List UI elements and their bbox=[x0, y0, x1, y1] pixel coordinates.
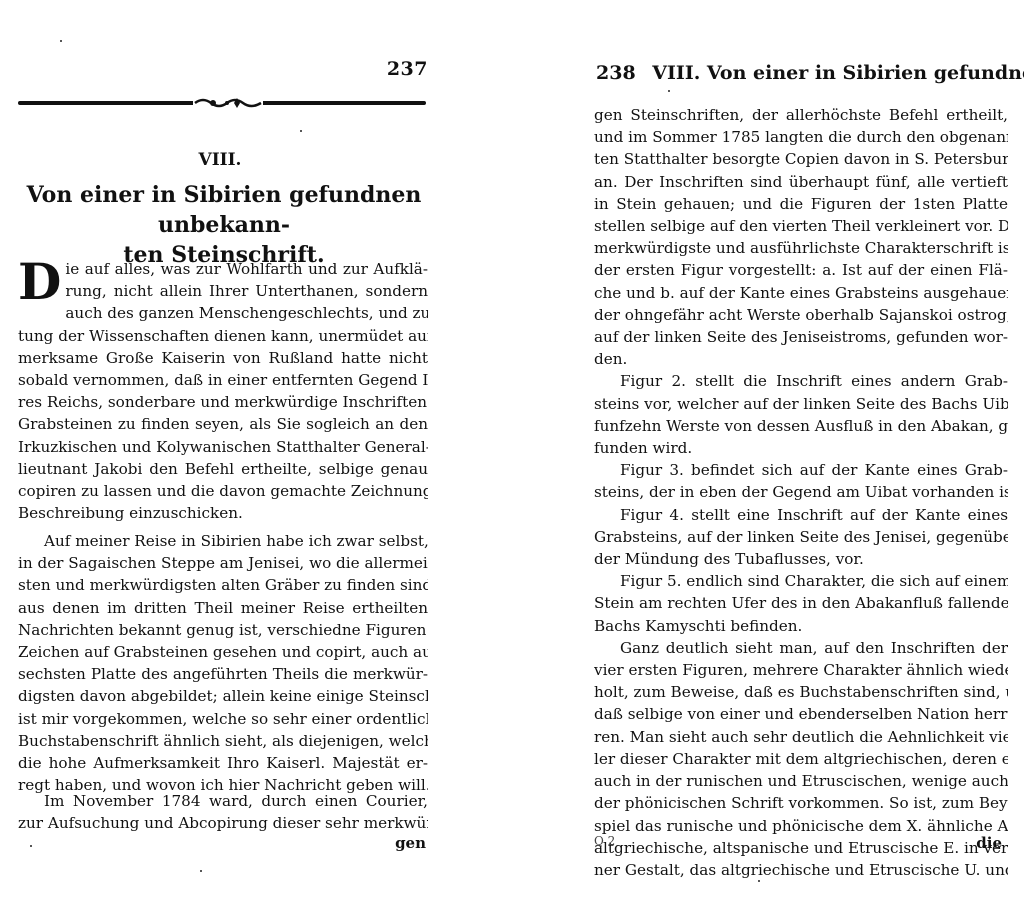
text-line: Ganz deutlich sieht man, auf den Inschri… bbox=[594, 637, 1008, 659]
text-line: Grabsteins, auf der linken Seite des Jen… bbox=[594, 526, 1008, 548]
page-number: 237 bbox=[387, 58, 428, 80]
running-head-title: VIII. Von einer in Sibirien gefundnen bbox=[652, 62, 1024, 84]
text-line: der phönicischen Schrift vorkommen. So i… bbox=[594, 792, 1008, 814]
paragraph: Auf meiner Reise in Sibirien habe ich zw… bbox=[18, 530, 428, 796]
print-speck bbox=[200, 870, 202, 872]
print-speck bbox=[30, 845, 32, 847]
body-text: gen Steinschriften, der allerhöchste Bef… bbox=[594, 104, 1008, 881]
text-line: der ohngefähr acht Werste oberhalb Sajan… bbox=[594, 304, 1008, 326]
text-line: ler dieser Charakter mit dem altgriechis… bbox=[594, 748, 1008, 770]
text-line: stellen selbige auf den vierten Theil ve… bbox=[594, 215, 1008, 237]
print-speck bbox=[300, 130, 302, 132]
text-line: Figur 2. stellt die Inschrift eines ande… bbox=[594, 370, 1008, 392]
text-line: che und b. auf der Kante eines Grabstein… bbox=[594, 282, 1008, 304]
paragraph: D ie auf alles, was zur Wohlfarth und zu… bbox=[18, 258, 428, 524]
text-line: funfzehn Werste von dessen Ausfluß in de… bbox=[594, 415, 1008, 437]
catchword: gen bbox=[395, 834, 426, 852]
text-line: ner Gestalt, das altgriechische und Etru… bbox=[594, 859, 1008, 881]
text-line: der Mündung des Tubaflusses, vor. bbox=[594, 548, 1008, 570]
text-line: ren. Man sieht auch sehr deutlich die Ae… bbox=[594, 726, 1008, 748]
text-line: gen Steinschriften, der allerhöchste Bef… bbox=[594, 104, 1008, 126]
text-line: Figur 5. endlich sind Charakter, die sic… bbox=[594, 570, 1008, 592]
catchword: die bbox=[976, 834, 1002, 852]
ornamental-divider bbox=[18, 96, 426, 110]
print-speck bbox=[758, 880, 760, 882]
text-line: Figur 3. befindet sich auf der Kante ein… bbox=[594, 459, 1008, 481]
text-line: und im Sommer 1785 langten die durch den… bbox=[594, 126, 1008, 148]
text-line: altgriechische, altspanische und Etrusci… bbox=[594, 837, 1008, 859]
text-line: funden wird. bbox=[594, 437, 1008, 459]
text-line: Stein am rechten Ufer des in den Abakanf… bbox=[594, 592, 1008, 614]
ornament-flourish-icon bbox=[193, 96, 263, 110]
chapter-number: VIII. bbox=[0, 150, 440, 170]
text-line: Bachs Kamyschti befinden. bbox=[594, 615, 1008, 637]
text-line: spiel das runische und phönicische dem X… bbox=[594, 815, 1008, 837]
text-line: daß selbige von einer und ebenderselben … bbox=[594, 703, 1008, 725]
text-line: ten Statthalter besorgte Copien davon in… bbox=[594, 148, 1008, 170]
chapter-title: Von einer in Sibirien gefundnen unbekann… bbox=[14, 180, 434, 270]
print-speck bbox=[60, 40, 62, 42]
text-line: der ersten Figur vorgestellt: a. Ist auf… bbox=[594, 259, 1008, 281]
left-page: 237 VIII. Von einer in Sibirien gefundne… bbox=[0, 0, 440, 914]
text-line: merkwürdigste und ausführlichste Charakt… bbox=[594, 237, 1008, 259]
paragraph: Im November 1784 ward, durch einen Couri… bbox=[18, 790, 428, 834]
drop-cap: D bbox=[18, 260, 61, 304]
signature-mark: Q 2 bbox=[594, 834, 615, 848]
page-number: 238 bbox=[596, 62, 636, 84]
text-line: holt, zum Beweise, daß es Buchstabenschr… bbox=[594, 681, 1008, 703]
text-line: an. Der Inschriften sind überhaupt fünf,… bbox=[594, 171, 1008, 193]
text-line: steins vor, welcher auf der linken Seite… bbox=[594, 393, 1008, 415]
text-line: vier ersten Figuren, mehrere Charakter ä… bbox=[594, 659, 1008, 681]
text-line: Figur 4. stellt eine Inschrift auf der K… bbox=[594, 504, 1008, 526]
text-line: auf der linken Seite des Jeniseistroms, … bbox=[594, 326, 1008, 348]
text-line: in Stein gehauen; und die Figuren der 1s… bbox=[594, 193, 1008, 215]
running-head: 238 VIII. Von einer in Sibirien gefundne… bbox=[596, 62, 1016, 84]
text-line: steins, der in eben der Gegend am Uibat … bbox=[594, 481, 1008, 503]
text-line: auch in der runischen und Etruscischen, … bbox=[594, 770, 1008, 792]
text-line: den. bbox=[594, 348, 1008, 370]
right-page: 238 VIII. Von einer in Sibirien gefundne… bbox=[578, 0, 1024, 914]
print-speck bbox=[668, 90, 670, 92]
